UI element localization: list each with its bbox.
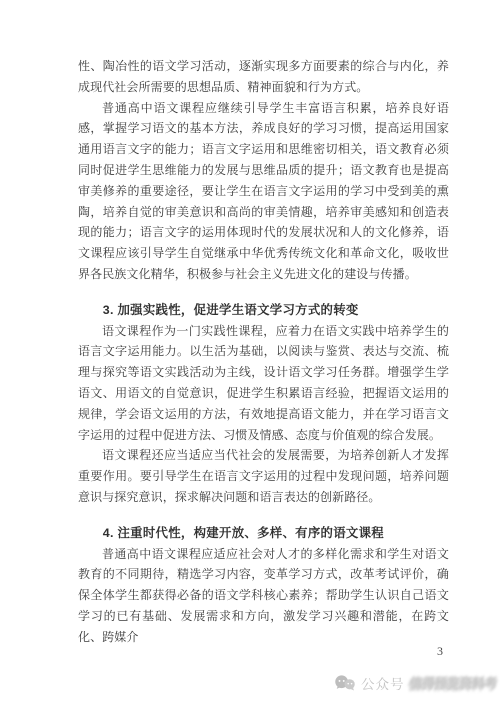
document-page: 性、陶冶性的语文学习活动，逐渐实现多方面要素的综合与内化，养成现代社会所需要的思…	[0, 0, 500, 706]
section-heading-4: 4. 注重时代性，构建开放、多样、有序的语文课程	[78, 523, 449, 544]
watermark-blurred-overlay: 1023524677	[422, 681, 484, 691]
page-number: 3	[430, 644, 450, 659]
watermark-label: 公众号	[361, 673, 405, 693]
section-heading-3: 3. 加强实践性，促进学生语文学习方式的转变	[78, 300, 449, 321]
paragraph: 语文课程作为一门实践性课程，应着力在语文实践中培养学生的语言文字运用能力。以生活…	[78, 321, 449, 446]
wechat-official-account-icon	[334, 674, 356, 692]
paragraph: 普通高中语文课程应适应社会对人才的多样化需求和学生对语文教育的不同期待，精选学习…	[78, 544, 449, 648]
wechat-watermark: 公众号 值得预览资料考 1023524677	[334, 673, 497, 693]
page-content: 性、陶冶性的语文学习活动，逐渐实现多方面要素的综合与内化，养成现代社会所需要的思…	[78, 56, 449, 648]
watermark-blurred-name: 值得预览资料考 1023524677	[410, 673, 498, 693]
paragraph: 普通高中语文课程应继续引导学生丰富语言积累，培养良好语感，掌握学习语文的基本方法…	[78, 98, 449, 285]
paragraph-continuation: 性、陶冶性的语文学习活动，逐渐实现多方面要素的综合与内化，养成现代社会所需要的思…	[78, 56, 449, 98]
paragraph: 语文课程还应当适应当代社会的发展需要，为培养创新人才发挥重要作用。要引导学生在语…	[78, 445, 449, 507]
